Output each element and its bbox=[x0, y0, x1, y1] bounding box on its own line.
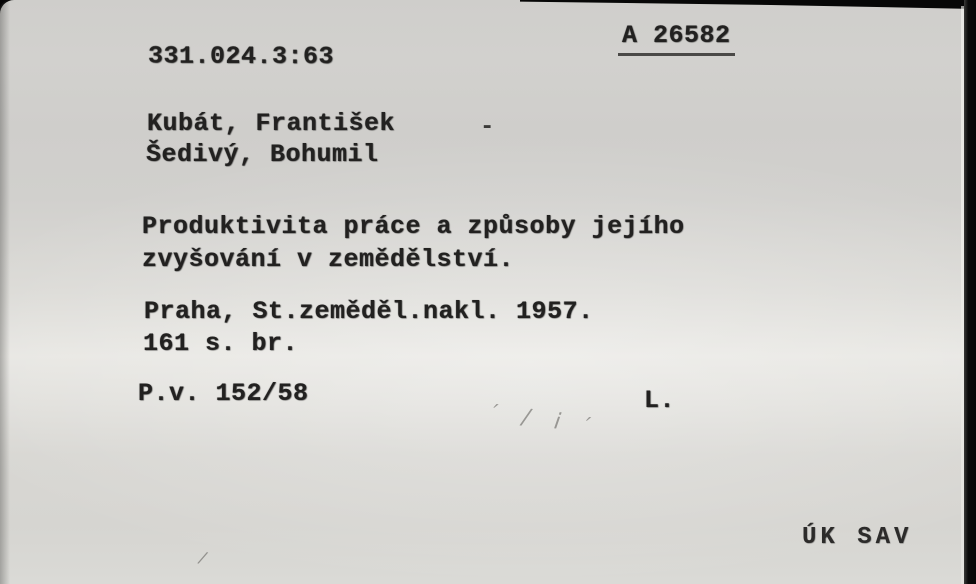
author-name-2: Šedivý, Bohumil bbox=[146, 140, 379, 169]
dash-mark: - bbox=[480, 114, 495, 141]
title-line-1: Produktivita práce a způsoby jejího bbox=[142, 212, 685, 241]
title-line-2: zvyšování v zemědělství. bbox=[142, 245, 514, 274]
pencil-stroke: / bbox=[198, 548, 208, 568]
letter-mark: L. bbox=[644, 386, 675, 415]
record-number: P.v. 152/58 bbox=[138, 379, 309, 408]
pencil-annotation: ′ / i ′ bbox=[491, 401, 601, 441]
scan-edge-right bbox=[964, 0, 976, 584]
library-stamp: ÚK SAV bbox=[802, 524, 912, 551]
collation-line: 161 s. br. bbox=[143, 329, 298, 358]
catalog-card-scan: 331.024.3:63 A 26582 Kubát, František Še… bbox=[0, 0, 976, 584]
imprint-line: Praha, St.zeměděl.nakl. 1957. bbox=[144, 297, 594, 326]
catalog-card: 331.024.3:63 A 26582 Kubát, František Še… bbox=[0, 0, 964, 584]
accession-number: A 26582 bbox=[618, 21, 735, 56]
classification-number: 331.024.3:63 bbox=[148, 42, 334, 72]
author-name-1: Kubát, František bbox=[147, 109, 395, 138]
